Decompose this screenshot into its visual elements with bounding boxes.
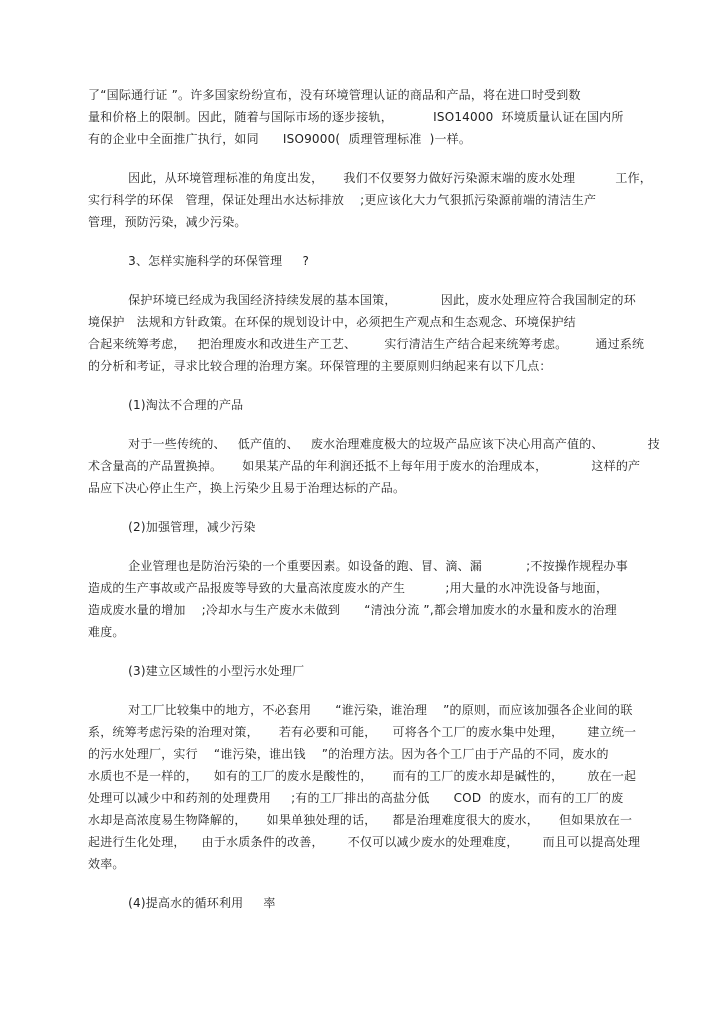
text-line: 3、怎样实施科学的环保管理 ? (88, 250, 684, 272)
text-line: (4)提高水的循环利用 率 (88, 892, 684, 914)
text-line: 难度。 (88, 621, 684, 643)
text-line: 起进行生化处理， 由于水质条件的改善， 不仅可以减少废水的处理难度， 而且可以提… (88, 831, 684, 853)
text-line: 境保护 法规和方针政策。在环保的规划设计中，必须把生产观点和生态观念、环境保护结 (88, 311, 684, 333)
text-line: 的污水处理厂，实行 “谁污染，谁出钱 ”的治理方法。因为各个工厂由于产品的不同，… (88, 743, 684, 765)
text-line: 对工厂比较集中的地方，不必套用 “谁污染，谁治理 ”的原则，而应该加强各企业间的… (88, 699, 684, 721)
paragraph: 了“国际通行证 ”。许多国家纷纷宣布，没有环境管理认证的商品和产品，将在进口时受… (88, 84, 684, 150)
text-line: (3)建立区域性的小型污水处理厂 (88, 660, 684, 682)
document-body: 了“国际通行证 ”。许多国家纷纷宣布，没有环境管理认证的商品和产品，将在进口时受… (0, 0, 724, 914)
text-line: 术含量高的产品置换掉。 如果某产品的年利润还抵不上每年用于废水的治理成本， 这样… (88, 455, 684, 477)
section-heading: (2)加强管理，减少污染 (88, 516, 684, 538)
text-line: 对于一些传统的、 低产值的、 废水治理难度极大的垃圾产品应该下决心用高产值的、 … (88, 433, 684, 455)
text-line: 效率。 (88, 853, 684, 875)
text-line: 有的企业中全面推广执行，如同 ISO9000( 质理管理标准 )一样。 (88, 128, 684, 150)
paragraph: 企业管理也是防治污染的一个重要因素。如设备的跑、冒、滴、漏 ;不按操作规程办事造… (88, 555, 684, 643)
text-line: (2)加强管理，减少污染 (88, 516, 684, 538)
text-line: 量和价格上的限制。因此，随着与国际市场的逐步接轨， ISO14000 环境质量认… (88, 106, 684, 128)
section-heading: (4)提高水的循环利用 率 (88, 892, 684, 914)
text-line: 造成废水量的增加 ;冷却水与生产废水未做到 “清浊分流 ”,都会增加废水的水量和… (88, 599, 684, 621)
text-line: 水质也不是一样的， 如有的工厂的废水是酸性的， 而有的工厂的废水却是碱性的， 放… (88, 765, 684, 787)
paragraph: 对工厂比较集中的地方，不必套用 “谁污染，谁治理 ”的原则，而应该加强各企业间的… (88, 699, 684, 875)
document-page: 了“国际通行证 ”。许多国家纷纷宣布，没有环境管理认证的商品和产品，将在进口时受… (0, 0, 724, 1024)
text-line: 管理，预防污染，减少污染。 (88, 211, 684, 233)
text-line: (1)淘汰不合理的产品 (88, 394, 684, 416)
paragraph: 因此，从环境管理标准的角度出发， 我们不仅要努力做好污染源末端的废水处理 工作，… (88, 167, 684, 233)
text-line: 的分析和考证，寻求比较合理的治理方案。环保管理的主要原则归纳起来有以下几点： (88, 355, 684, 377)
text-line: 造成的生产事故或产品报废等导致的大量高浓度废水的产生 ;用大量的水冲洗设备与地面… (88, 577, 684, 599)
section-heading: (1)淘汰不合理的产品 (88, 394, 684, 416)
text-line: 水却是高浓度易生物降解的， 如果单独处理的话， 都是治理难度很大的废水， 但如果… (88, 809, 684, 831)
text-line: 因此，从环境管理标准的角度出发， 我们不仅要努力做好污染源末端的废水处理 工作， (88, 167, 684, 189)
paragraph: 对于一些传统的、 低产值的、 废水治理难度极大的垃圾产品应该下决心用高产值的、 … (88, 433, 684, 499)
section-heading: (3)建立区域性的小型污水处理厂 (88, 660, 684, 682)
text-line: 品应下决心停止生产，换上污染少且易于治理达标的产品。 (88, 477, 684, 499)
text-line: 合起来统筹考虑， 把治理废水和改进生产工艺、 实行清洁生产结合起来统筹考虑。 通… (88, 333, 684, 355)
text-line: 保护环境已经成为我国经济持续发展的基本国策， 因此，废水处理应符合我国制定的环 (88, 289, 684, 311)
text-line: 实行科学的环保 管理，保证处理出水达标排放 ;更应该化大力气狠抓污染源前端的清洁… (88, 189, 684, 211)
text-line: 了“国际通行证 ”。许多国家纷纷宣布，没有环境管理认证的商品和产品，将在进口时受… (88, 84, 684, 106)
paragraph: 保护环境已经成为我国经济持续发展的基本国策， 因此，废水处理应符合我国制定的环境… (88, 289, 684, 377)
section-heading: 3、怎样实施科学的环保管理 ? (88, 250, 684, 272)
text-line: 处理可以减少中和药剂的处理费用 ;有的工厂排出的高盐分低 COD 的废水，而有的… (88, 787, 684, 809)
text-line: 企业管理也是防治污染的一个重要因素。如设备的跑、冒、滴、漏 ;不按操作规程办事 (88, 555, 684, 577)
text-line: 系，统筹考虑污染的治理对策， 若有必要和可能， 可将各个工厂的废水集中处理， 建… (88, 721, 684, 743)
